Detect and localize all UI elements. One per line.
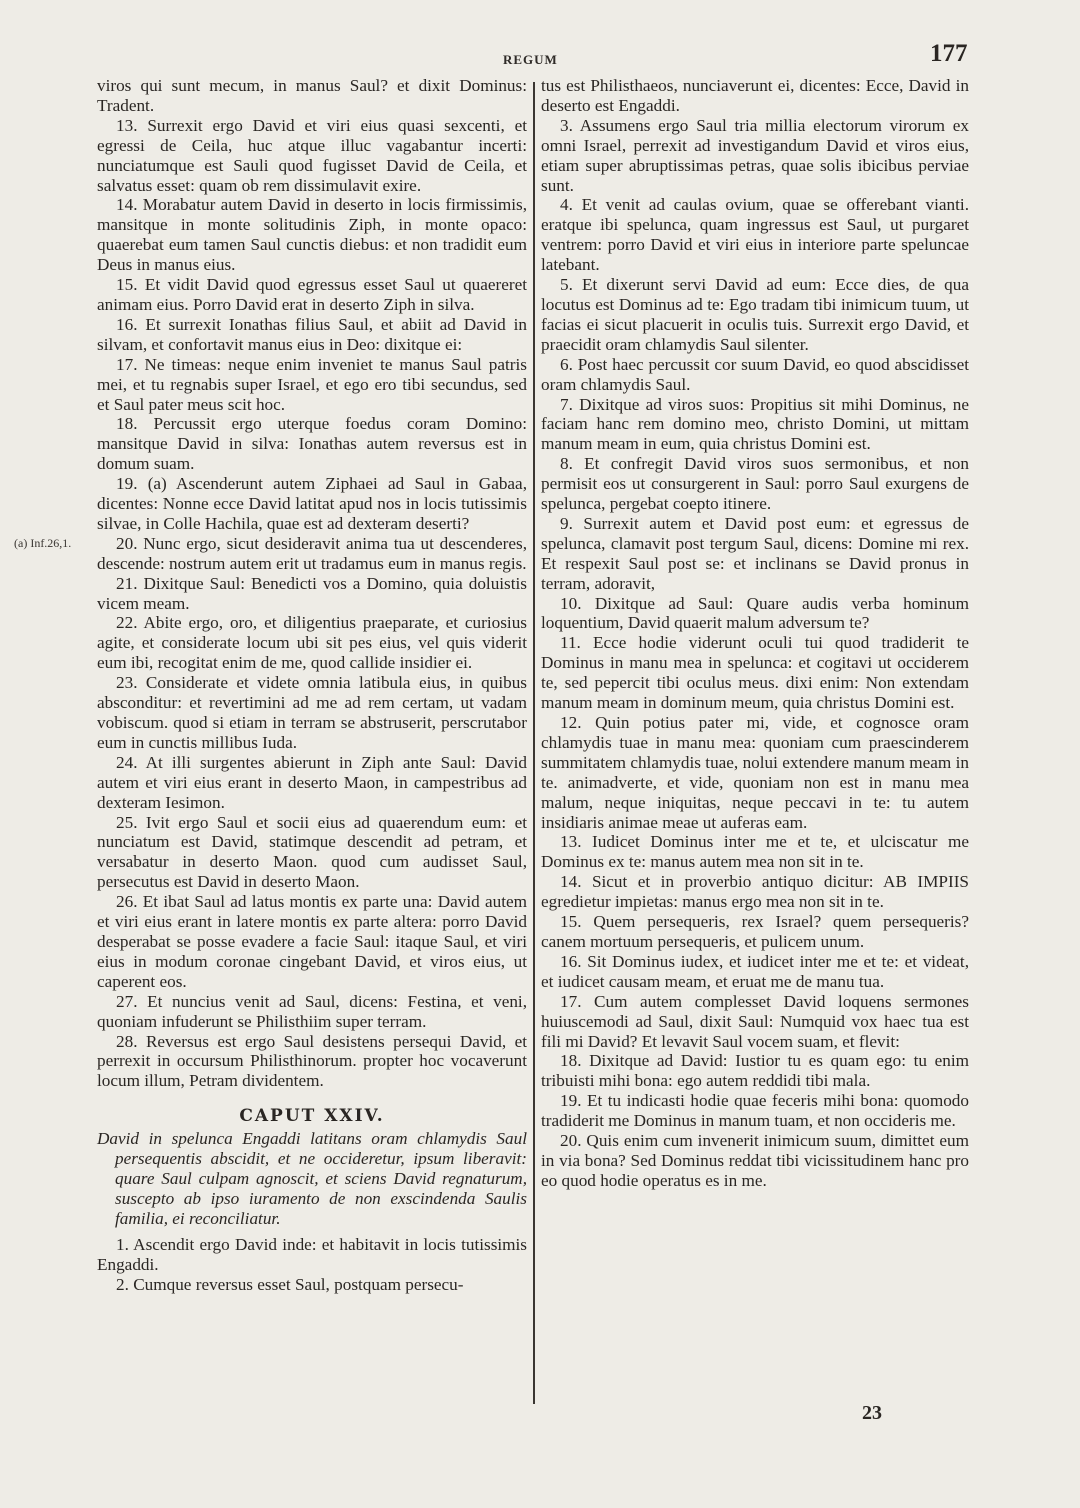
- left-column: viros qui sunt mecum, in manus Saul? et …: [97, 76, 527, 1295]
- chapter-summary: David in spelunca Engaddi latitans oram …: [97, 1129, 527, 1229]
- right-verses: tus est Philisthaeos, nunciaverunt ei, d…: [541, 76, 969, 1191]
- continued-paragraph: tus est Philisthaeos, nunciaverunt ei, d…: [541, 76, 969, 116]
- verse-paragraph: 6. Post haec percussit cor suum David, e…: [541, 355, 969, 395]
- left-verses: viros qui sunt mecum, in manus Saul? et …: [97, 76, 527, 1091]
- verse-paragraph: 1. Ascendit ergo David inde: et habitavi…: [97, 1235, 527, 1275]
- verse-paragraph: 12. Quin potius pater mi, vide, et cogno…: [541, 713, 969, 832]
- verse-paragraph: 16. Sit Dominus iudex, et iudicet inter …: [541, 952, 969, 992]
- verse-paragraph: 4. Et venit ad caulas ovium, quae se off…: [541, 195, 969, 275]
- signature-mark: 23: [862, 1402, 882, 1425]
- verse-paragraph: 10. Dixitque ad Saul: Quare audis verba …: [541, 594, 969, 634]
- verse-paragraph: 19. Et tu indicasti hodie quae feceris m…: [541, 1091, 969, 1131]
- running-head: REGUM 177: [0, 46, 1080, 76]
- verse-paragraph: 28. Reversus est ergo Saul desistens per…: [97, 1032, 527, 1092]
- verse-paragraph: 18. Percussit ergo uterque foedus coram …: [97, 414, 527, 474]
- verse-paragraph: 3. Assumens ergo Saul tria millia electo…: [541, 116, 969, 196]
- verse-paragraph: 14. Morabatur autem David in deserto in …: [97, 195, 527, 275]
- column-divider: [533, 82, 535, 1404]
- verse-paragraph: 18. Dixitque ad David: Iustior tu es qua…: [541, 1051, 969, 1091]
- verse-paragraph: 9. Surrexit autem et David post eum: et …: [541, 514, 969, 594]
- chapter-heading: CAPUT XXIV.: [97, 1107, 527, 1127]
- verse-paragraph: 7. Dixitque ad viros suos: Propitius sit…: [541, 395, 969, 455]
- verse-paragraph: 17. Cum autem complesset David loquens s…: [541, 992, 969, 1052]
- verse-paragraph: 26. Et ibat Saul ad latus montis ex part…: [97, 892, 527, 992]
- verse-paragraph: 15. Et vidit David quod egressus esset S…: [97, 275, 527, 315]
- margin-note: (a) Inf.26,1.: [14, 536, 71, 551]
- right-column: tus est Philisthaeos, nunciaverunt ei, d…: [541, 76, 969, 1191]
- verse-paragraph: 21. Dixitque Saul: Benedicti vos a Domin…: [97, 574, 527, 614]
- verse-paragraph: 13. Surrexit ergo David et viri eius qua…: [97, 116, 527, 196]
- verse-paragraph: 24. At illi surgentes abierunt in Ziph a…: [97, 753, 527, 813]
- verse-paragraph: 15. Quem persequeris, rex Israel? quem p…: [541, 912, 969, 952]
- verse-paragraph: 27. Et nuncius venit ad Saul, dicens: Fe…: [97, 992, 527, 1032]
- running-title: REGUM: [503, 52, 558, 68]
- verse-paragraph: 20. Nunc ergo, sicut desideravit anima t…: [97, 534, 527, 574]
- verse-paragraph: 20. Quis enim cum invenerit inimicum suu…: [541, 1131, 969, 1191]
- continued-paragraph: viros qui sunt mecum, in manus Saul? et …: [97, 76, 527, 116]
- verse-paragraph: 11. Ecce hodie viderunt oculi tui quod t…: [541, 633, 969, 713]
- verse-paragraph: 19. (a) Ascenderunt autem Ziphaei ad Sau…: [97, 474, 527, 534]
- chapter-verses: 1. Ascendit ergo David inde: et habitavi…: [97, 1235, 527, 1295]
- verse-paragraph: 13. Iudicet Dominus inter me et te, et u…: [541, 832, 969, 872]
- book-page: REGUM 177 (a) Inf.26,1. viros qui sunt m…: [0, 0, 1080, 1508]
- verse-paragraph: 8. Et confregit David viros suos sermoni…: [541, 454, 969, 514]
- verse-paragraph: 22. Abite ergo, oro, et diligentius prae…: [97, 613, 527, 673]
- verse-paragraph: 16. Et surrexit Ionathas filius Saul, et…: [97, 315, 527, 355]
- verse-paragraph: 2. Cumque reversus esset Saul, postquam …: [97, 1275, 527, 1295]
- verse-paragraph: 5. Et dixerunt servi David ad eum: Ecce …: [541, 275, 969, 355]
- page-number: 177: [930, 40, 968, 68]
- verse-paragraph: 14. Sicut et in proverbio antiquo dicitu…: [541, 872, 969, 912]
- verse-paragraph: 17. Ne timeas: neque enim inveniet te ma…: [97, 355, 527, 415]
- verse-paragraph: 25. Ivit ergo Saul et socii eius ad quae…: [97, 813, 527, 893]
- verse-paragraph: 23. Considerate et videte omnia latibula…: [97, 673, 527, 753]
